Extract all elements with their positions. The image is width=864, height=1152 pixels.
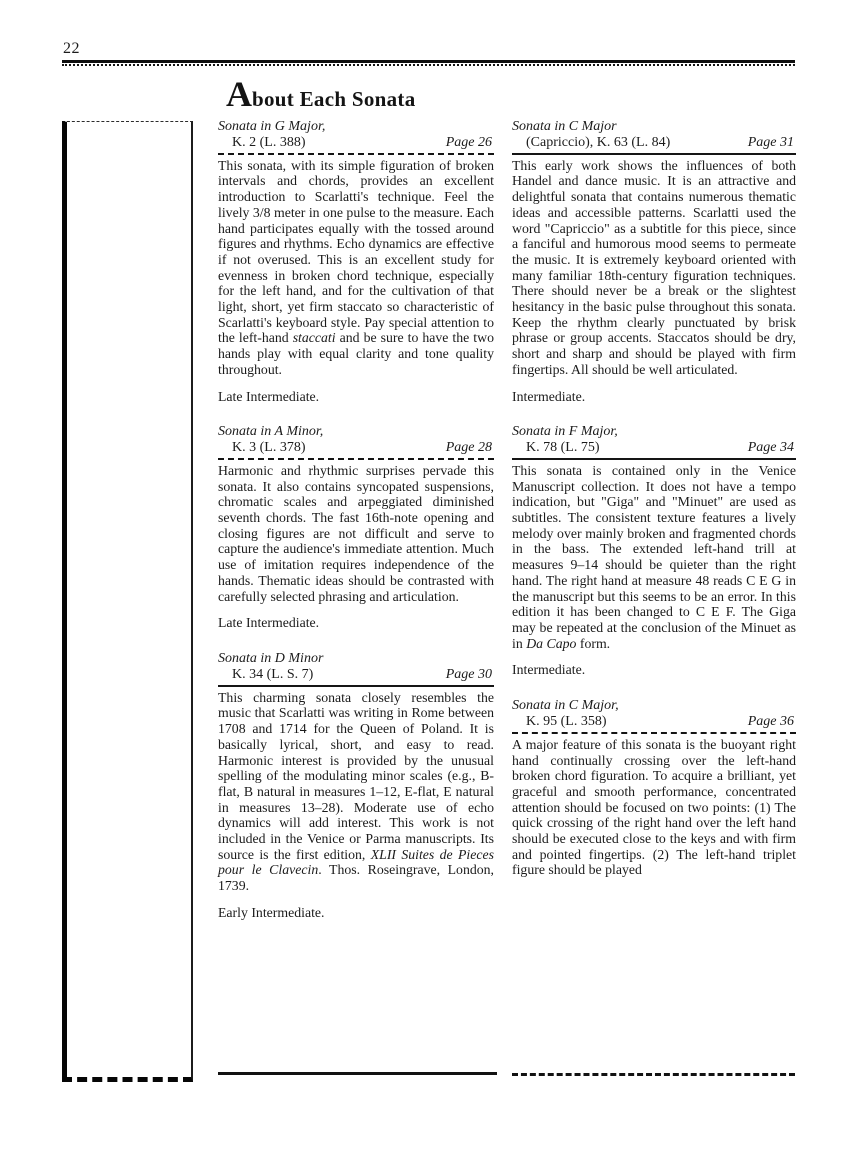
difficulty-level: Late Intermediate. bbox=[218, 615, 494, 631]
sonata-description: This sonata, with its simple figuration … bbox=[218, 158, 494, 378]
sonata-catalog-line: K. 78 (L. 75)Page 34 bbox=[512, 440, 796, 460]
sonata-catalog-line: (Capriccio), K. 63 (L. 84)Page 31 bbox=[512, 135, 796, 155]
text-run: This charming sonata closely resembles t… bbox=[218, 690, 494, 862]
header-rule-solid bbox=[62, 60, 795, 63]
sonata-catalog: K. 78 (L. 75) bbox=[526, 440, 600, 456]
text-run: This sonata, with its simple figuration … bbox=[218, 158, 494, 346]
sonata-title: Sonata in G Major, bbox=[218, 119, 494, 135]
difficulty-level: Late Intermediate. bbox=[218, 389, 494, 405]
sonata-entry: Sonata in C Major(Capriccio), K. 63 (L. … bbox=[512, 119, 796, 404]
sonata-catalog-line: K. 2 (L. 388)Page 26 bbox=[218, 135, 494, 155]
sonata-entry: Sonata in D MinorK. 34 (L. S. 7)Page 30T… bbox=[218, 651, 494, 921]
footer-rule-left bbox=[218, 1072, 497, 1075]
sonata-description: A major feature of this sonata is the bu… bbox=[512, 737, 796, 878]
sonata-catalog: (Capriccio), K. 63 (L. 84) bbox=[526, 135, 670, 151]
text-run: form. bbox=[576, 636, 610, 651]
text-run: Da Capo bbox=[526, 636, 576, 651]
text-run: Harmonic and rhythmic surprises pervade … bbox=[218, 463, 494, 604]
footer-rule-right bbox=[512, 1073, 795, 1076]
sonata-description: This charming sonata closely resembles t… bbox=[218, 690, 494, 894]
difficulty-level: Intermediate. bbox=[512, 389, 796, 405]
difficulty-level: Early Intermediate. bbox=[218, 905, 494, 921]
sonata-title: Sonata in D Minor bbox=[218, 651, 494, 667]
sonata-page-ref: Page 28 bbox=[446, 440, 492, 456]
sonata-catalog: K. 2 (L. 388) bbox=[232, 135, 306, 151]
sonata-title: Sonata in C Major, bbox=[512, 698, 796, 714]
sonata-page-ref: Page 30 bbox=[446, 667, 492, 683]
column-left: Sonata in G Major,K. 2 (L. 388)Page 26Th… bbox=[218, 119, 494, 941]
sonata-page-ref: Page 26 bbox=[446, 135, 492, 151]
header-rule-dotted bbox=[62, 64, 795, 66]
sonata-description: Harmonic and rhythmic surprises pervade … bbox=[218, 463, 494, 604]
book-page: 22 About Each Sonata Sonata in G Major,K… bbox=[0, 0, 864, 1152]
sonata-catalog-line: K. 3 (L. 378)Page 28 bbox=[218, 440, 494, 460]
sonata-page-ref: Page 34 bbox=[748, 440, 794, 456]
sonata-entry: Sonata in F Major,K. 78 (L. 75)Page 34Th… bbox=[512, 424, 796, 678]
sonata-description: This sonata is contained only in the Ven… bbox=[512, 463, 796, 651]
sonata-catalog: K. 34 (L. S. 7) bbox=[232, 667, 313, 683]
sonata-description: This early work shows the influences of … bbox=[512, 158, 796, 378]
sonata-page-ref: Page 31 bbox=[748, 135, 794, 151]
sonata-catalog: K. 3 (L. 378) bbox=[232, 440, 306, 456]
section-title: About Each Sonata bbox=[226, 76, 416, 114]
text-run: This early work shows the influences of … bbox=[512, 158, 796, 377]
sonata-catalog: K. 95 (L. 358) bbox=[526, 714, 607, 730]
page-number: 22 bbox=[63, 40, 80, 58]
text-run: This sonata is contained only in the Ven… bbox=[512, 463, 796, 651]
difficulty-level: Intermediate. bbox=[512, 662, 796, 678]
left-margin-box bbox=[62, 121, 193, 1082]
text-run: A major feature of this sonata is the bu… bbox=[512, 737, 796, 878]
sonata-catalog-line: K. 95 (L. 358)Page 36 bbox=[512, 714, 796, 734]
sonata-page-ref: Page 36 bbox=[748, 714, 794, 730]
sonata-catalog-line: K. 34 (L. S. 7)Page 30 bbox=[218, 667, 494, 687]
sonata-title: Sonata in A Minor, bbox=[218, 424, 494, 440]
sonata-title: Sonata in C Major bbox=[512, 119, 796, 135]
section-title-rest: bout Each Sonata bbox=[252, 87, 416, 111]
section-title-initial: A bbox=[226, 74, 252, 114]
sonata-title: Sonata in F Major, bbox=[512, 424, 796, 440]
sonata-entry: Sonata in C Major,K. 95 (L. 358)Page 36A… bbox=[512, 698, 796, 878]
header-rule bbox=[62, 60, 795, 66]
column-right: Sonata in C Major(Capriccio), K. 63 (L. … bbox=[512, 119, 796, 898]
sonata-entry: Sonata in G Major,K. 2 (L. 388)Page 26Th… bbox=[218, 119, 494, 404]
sonata-entry: Sonata in A Minor,K. 3 (L. 378)Page 28Ha… bbox=[218, 424, 494, 631]
text-run: staccati bbox=[293, 330, 336, 345]
